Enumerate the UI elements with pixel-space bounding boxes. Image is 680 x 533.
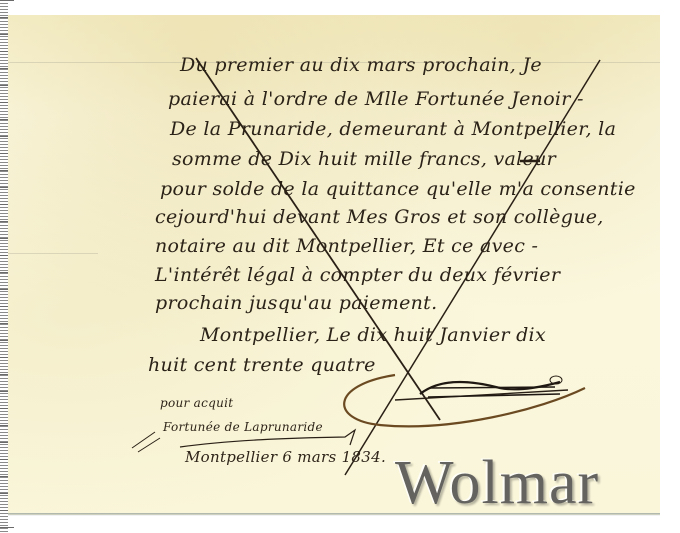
ink-marks: [0, 0, 680, 533]
cancellation-stroke-1: [196, 58, 440, 420]
cancellation-stroke-2: [345, 60, 600, 475]
receipt-margin-mark: [132, 432, 160, 452]
receipt-paraph: [180, 430, 355, 447]
